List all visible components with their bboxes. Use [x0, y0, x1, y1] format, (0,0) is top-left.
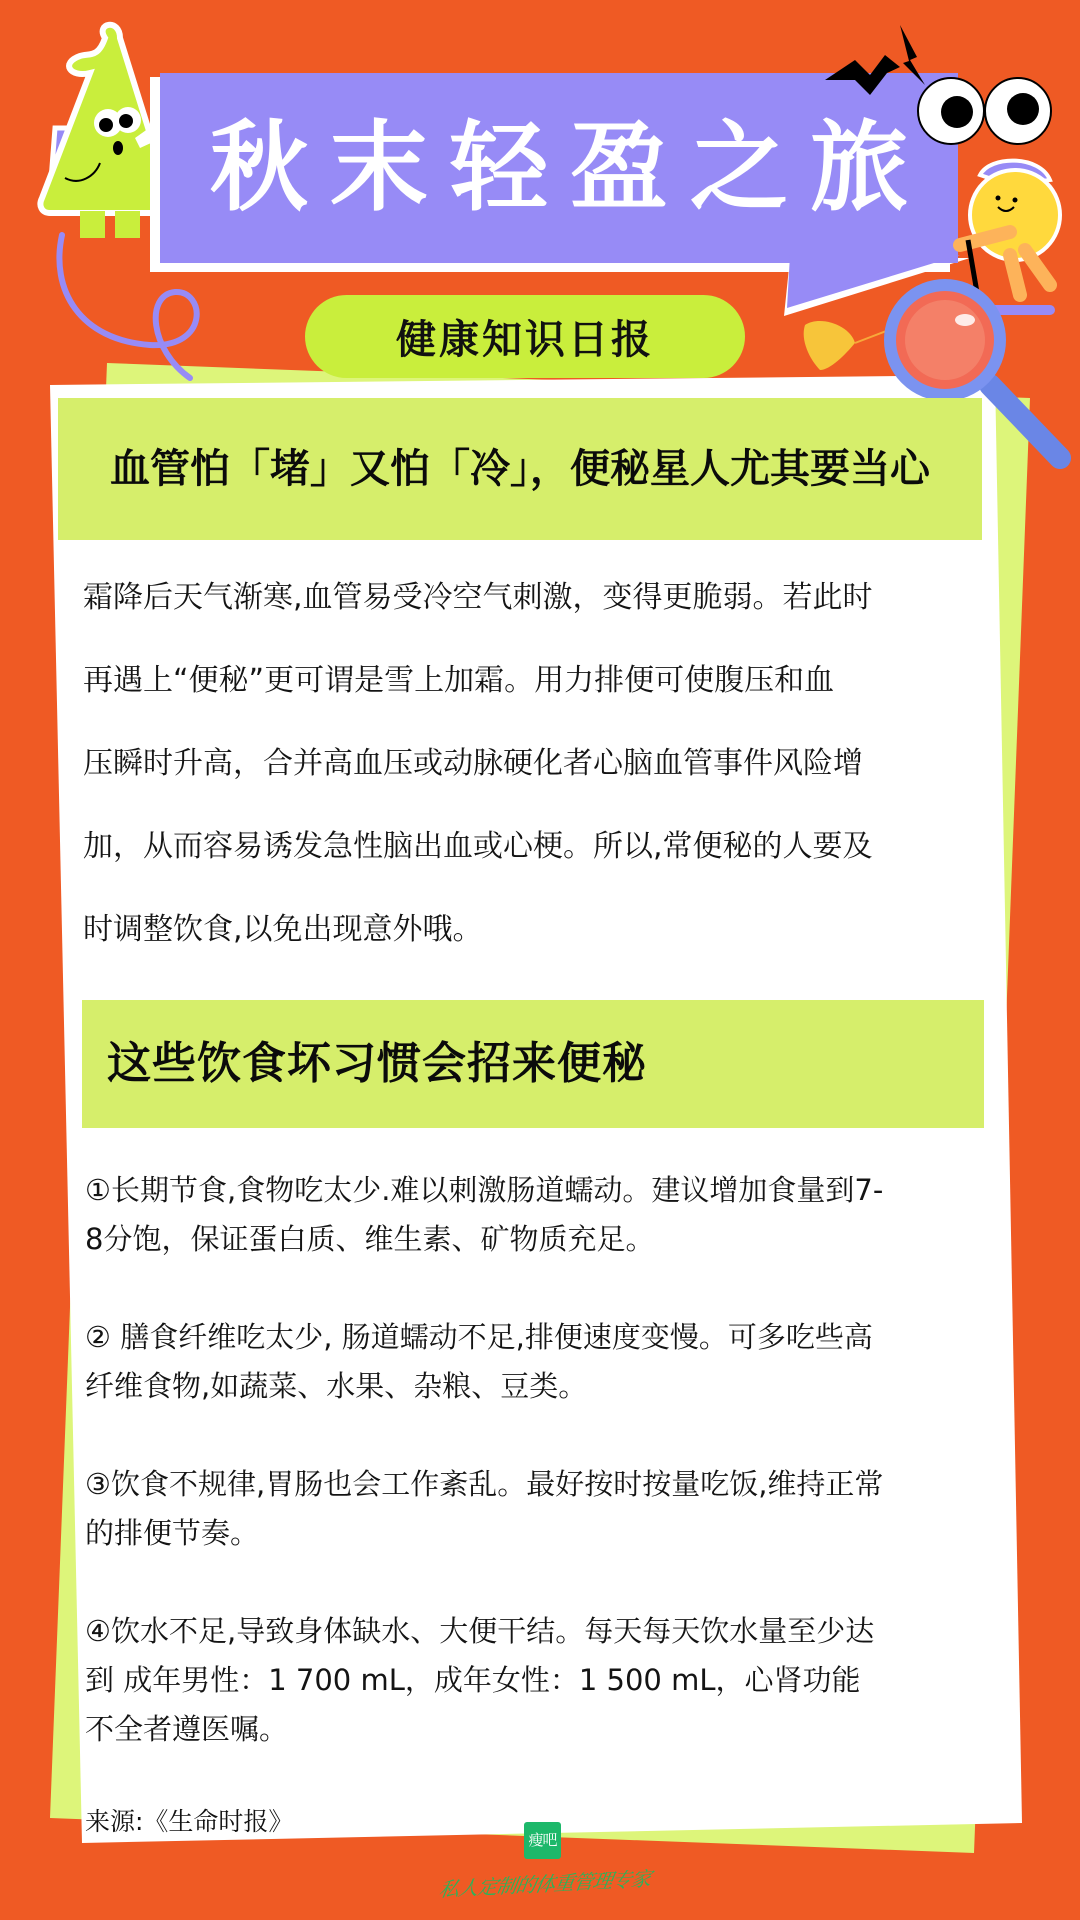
habits-list: ①长期节食,食物吃太少.难以刺激肠道蠕动。建议增加食量到7- 8分饱，保证蛋白质…: [85, 1166, 985, 1803]
intro-paragraph: 霜降后天气渐寒,血管易受冷空气刺激，变得更脆弱。若此时 再遇上“便秘”更可谓是雪…: [83, 556, 983, 971]
source-citation: 来源:《生命时报》: [85, 1802, 293, 1838]
googly-eyes-icon: [915, 75, 1055, 150]
brand-logo: 瘦吧: [524, 1822, 561, 1859]
list-item: ③饮食不规律,胃肠也会工作紊乱。最好按时按量吃饭,维持正常 的排便节奏。: [85, 1460, 985, 1558]
list-item-line: ③饮食不规律,胃肠也会工作紊乱。最好按时按量吃饭,维持正常: [85, 1460, 985, 1509]
paragraph-line: 时调整饮食,以免出现意外哦。: [83, 888, 983, 971]
list-item-line: ④饮水不足,导致身体缺水、大便干结。每天每天饮水量至少达: [85, 1607, 985, 1656]
list-item: ④饮水不足,导致身体缺水、大便干结。每天每天饮水量至少达 到 成年男性：1 70…: [85, 1607, 985, 1754]
list-item-line: ①长期节食,食物吃太少.难以刺激肠道蠕动。建议增加食量到7-: [85, 1166, 985, 1215]
list-item-line: 不全者遵医嘱。: [85, 1705, 985, 1754]
list-item: ② 膳食纤维吃太少, 肠道蠕动不足,排便速度变慢。可多吃些高 纤维食物,如蔬菜、…: [85, 1313, 985, 1411]
paragraph-line: 霜降后天气渐寒,血管易受冷空气刺激，变得更脆弱。若此时: [83, 556, 983, 639]
list-item-line: 的排便节奏。: [85, 1509, 985, 1558]
subtitle-pill: 健康知识日报: [305, 295, 745, 378]
subtitle-text: 健康知识日报: [396, 308, 654, 365]
list-item-line: ② 膳食纤维吃太少, 肠道蠕动不足,排便速度变慢。可多吃些高: [85, 1313, 985, 1362]
paragraph-line: 再遇上“便秘”更可谓是雪上加霜。用力排便可使腹压和血: [83, 639, 983, 722]
list-item-line: 8分饱，保证蛋白质、维生素、矿物质充足。: [85, 1215, 985, 1264]
section1-heading: 血管怕「堵」又怕「冷」，便秘星人尤其要当心: [110, 449, 930, 489]
paragraph-line: 加，从而容易诱发急性脑出血或心梗。所以,常便秘的人要及: [83, 805, 983, 888]
section1-heading-band: 血管怕「堵」又怕「冷」，便秘星人尤其要当心: [58, 398, 982, 540]
brand-slogan: 私人定制的体重管理专家: [427, 1862, 664, 1903]
page-title: 秋末轻盈之旅: [188, 119, 930, 217]
title-banner: 秋末轻盈之旅: [160, 73, 958, 263]
list-item: ①长期节食,食物吃太少.难以刺激肠道蠕动。建议增加食量到7- 8分饱，保证蛋白质…: [85, 1166, 985, 1264]
paragraph-line: 压瞬时升高，合并高血压或动脉硬化者心脑血管事件风险增: [83, 722, 983, 805]
list-item-line: 纤维食物,如蔬菜、水果、杂粮、豆类。: [85, 1362, 985, 1411]
list-item-line: 到 成年男性：1 700 mL，成年女性：1 500 mL，心肾功能: [85, 1656, 985, 1705]
section2-heading: 这些饮食坏习惯会招来便秘: [107, 1042, 647, 1086]
section2-heading-band: 这些饮食坏习惯会招来便秘: [82, 1000, 984, 1128]
